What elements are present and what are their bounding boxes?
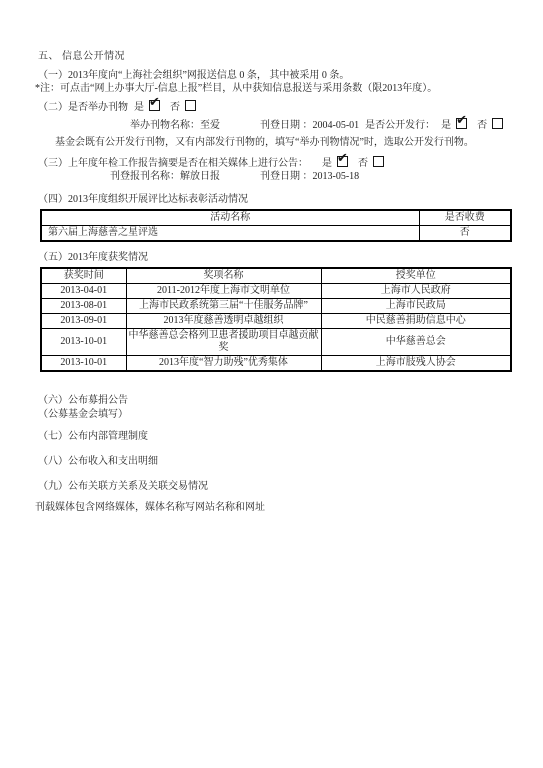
item3-yes-checkbox[interactable] xyxy=(337,156,348,167)
item2-no-checkbox[interactable] xyxy=(185,100,196,111)
table-row: 2013-04-012011-2012年度上海市文明单位上海市人民政府 xyxy=(41,284,511,299)
yes-label: 是 xyxy=(441,120,451,131)
table-row: 2013-08-01上海市民政系统第三届“十佳服务品牌”上海市民政局 xyxy=(41,299,511,314)
table-cell: 第六届上海慈善之星评选 xyxy=(41,226,419,242)
table-row: 2013-10-012013年度“智力助残”优秀集体上海市肢残人协会 xyxy=(41,356,511,372)
report-section-info-disclosure: 五、 信息公开情况 （一）2013年度向“上海社会组织”网报送信息 0 条， 其… xyxy=(38,50,512,514)
table-row: 2013-09-012013年度慈善透明卓越组织中民慈善捐助信息中心 xyxy=(41,314,511,329)
item3-announcement-detail: 刊登报刊名称：解放日报刊登日期 ：2013-05-18 xyxy=(110,170,512,183)
table-header-row: 活动名称 是否收费 xyxy=(41,210,511,226)
item8-income-expense: （八）公布收入和支出明细 xyxy=(38,455,512,468)
awards-table: 获奖时间 奖项名称 授奖单位 2013-04-012011-2012年度上海市文… xyxy=(40,267,512,372)
public-issue-label: 是否公开发行： xyxy=(365,120,435,131)
item6-subnote: （公募基金会填写） xyxy=(38,408,512,421)
item1-note: *注：可点击“网上办事大厅-信息上报”栏目，从中获知信息报送与采用条数（限201… xyxy=(35,82,512,95)
activities-table: 活动名称 是否收费 第六届上海慈善之星评选否 xyxy=(40,209,512,242)
item2-public-no-checkbox[interactable] xyxy=(492,118,503,129)
item6-donation-announcement: （六）公布募捐公告 xyxy=(38,394,512,407)
item2-label: （二）是否举办刊物 xyxy=(38,102,128,113)
item2-publication-detail: 举办刊物名称：至爱刊登日期 ：2004-05-01是否公开发行：是否 xyxy=(130,118,512,132)
item2-publication-question: （二）是否举办刊物是否 xyxy=(38,100,512,114)
table-cell: 2013-10-01 xyxy=(41,329,126,356)
item3-announcement-question: （三）上年度年检工作报告摘要是否在相关媒体上进行公告：是否 xyxy=(38,156,512,170)
publish-date-field: 刊登日期 ：2013-05-18 xyxy=(260,171,359,182)
table-cell: 中华慈善总会格列卫患者援助项目卓越贡献奖 xyxy=(126,329,321,356)
column-header-fee-charged: 是否收费 xyxy=(419,210,511,226)
item5-title: （五）2013年度获奖情况 xyxy=(38,251,512,264)
item1-report-count: （一）2013年度向“上海社会组织”网报送信息 0 条， 其中被采用 0 条。 xyxy=(38,69,512,82)
table-cell: 中华慈善总会 xyxy=(321,329,511,356)
table-cell: 否 xyxy=(419,226,511,242)
section-title: 五、 信息公开情况 xyxy=(38,50,512,63)
document-page: 五、 信息公开情况 （一）2013年度向“上海社会组织”网报送信息 0 条， 其… xyxy=(0,0,543,768)
column-header-award-name: 奖项名称 xyxy=(126,268,321,284)
table-row: 2013-10-01中华慈善总会格列卫患者援助项目卓越贡献奖中华慈善总会 xyxy=(41,329,511,356)
table-header-row: 获奖时间 奖项名称 授奖单位 xyxy=(41,268,511,284)
item4-title: （四）2013年度组织开展评比达标表彰活动情况 xyxy=(38,193,512,206)
table-cell: 2013-04-01 xyxy=(41,284,126,299)
table-cell: 上海市民政局 xyxy=(321,299,511,314)
table-cell: 中民慈善捐助信息中心 xyxy=(321,314,511,329)
publication-date-field: 刊登日期 ：2004-05-01 xyxy=(260,120,359,131)
column-header-activity-name: 活动名称 xyxy=(41,210,419,226)
publication-name-field: 举办刊物名称：至爱 xyxy=(130,120,220,131)
table-cell: 2011-2012年度上海市文明单位 xyxy=(126,284,321,299)
no-label: 否 xyxy=(170,102,180,113)
item3-no-checkbox[interactable] xyxy=(373,156,384,167)
column-header-award-date: 获奖时间 xyxy=(41,268,126,284)
item3-label: （三）上年度年检工作报告摘要是否在相关媒体上进行公告： xyxy=(38,158,308,169)
item2-note: 基金会既有公开发行刊物，又有内部发行刊物的，填写“举办刊物情况”时，选取公开发行… xyxy=(55,136,512,149)
item7-internal-rules: （七）公布内部管理制度 xyxy=(38,430,512,443)
table-cell: 2013-09-01 xyxy=(41,314,126,329)
table-cell: 2013年度“智力助残”优秀集体 xyxy=(126,356,321,372)
table-cell: 2013-08-01 xyxy=(41,299,126,314)
table-cell: 上海市民政系统第三届“十佳服务品牌” xyxy=(126,299,321,314)
no-label: 否 xyxy=(477,120,487,131)
table-row: 第六届上海慈善之星评选否 xyxy=(41,226,511,242)
table-cell: 2013-10-01 xyxy=(41,356,126,372)
item9-related-party: （九）公布关联方关系及关联交易情况 xyxy=(38,480,512,493)
table-cell: 2013年度慈善透明卓越组织 xyxy=(126,314,321,329)
table-cell: 上海市人民政府 xyxy=(321,284,511,299)
footnote-media-note: 刊载媒体包含网络媒体，媒体名称写网站名称和网址 xyxy=(35,501,512,514)
yes-label: 是 xyxy=(322,158,332,169)
yes-label: 是 xyxy=(134,102,144,113)
item2-yes-checkbox[interactable] xyxy=(149,100,160,111)
column-header-award-grantor: 授奖单位 xyxy=(321,268,511,284)
newspaper-name-field: 刊登报刊名称：解放日报 xyxy=(110,171,220,182)
item2-public-yes-checkbox[interactable] xyxy=(456,118,467,129)
no-label: 否 xyxy=(358,158,368,169)
table-cell: 上海市肢残人协会 xyxy=(321,356,511,372)
